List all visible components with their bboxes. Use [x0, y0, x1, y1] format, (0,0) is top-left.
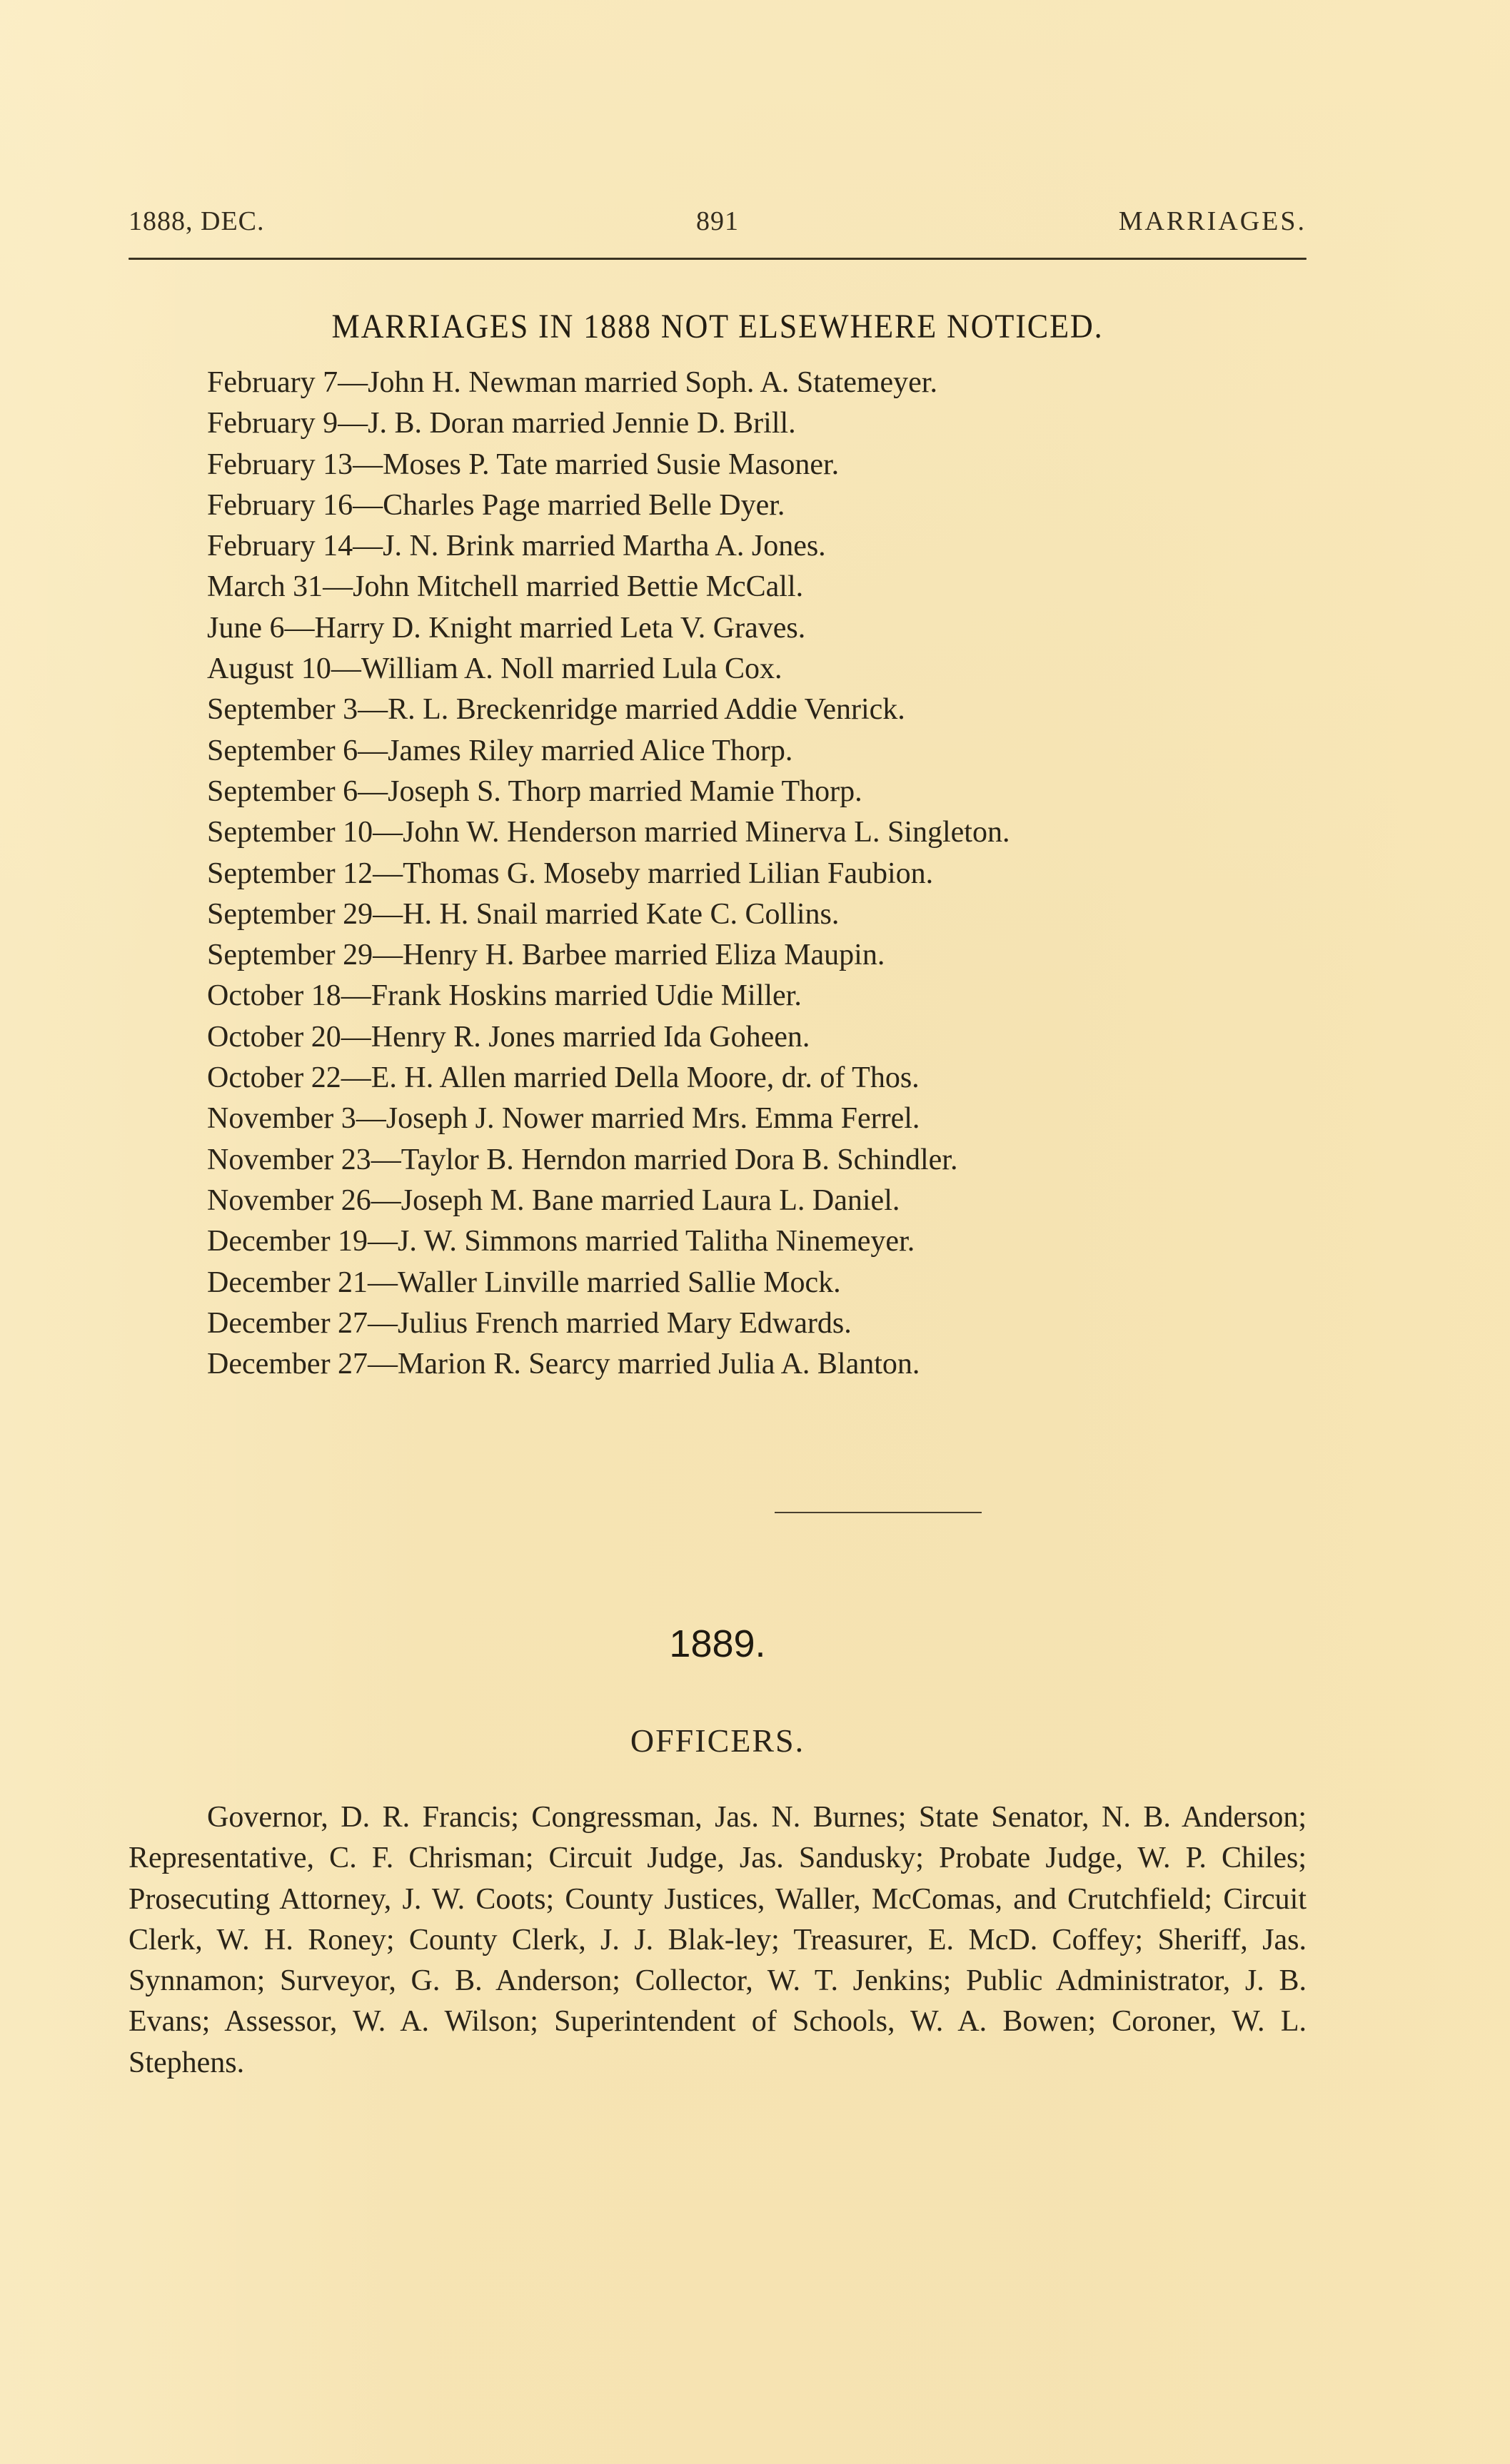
marriage-entry: November 23—Taylor B. Herndon married Do…: [129, 1140, 1307, 1181]
marriage-entry: December 21—Waller Linville married Sall…: [129, 1263, 1307, 1303]
marriage-entry: September 3—R. L. Breckenridge married A…: [129, 690, 1307, 730]
officers-paragraph: Governor, D. R. Francis; Congressman, Ja…: [129, 1797, 1307, 2084]
section-divider: [775, 1512, 982, 1513]
marriage-entry: February 7—John H. Newman married Soph. …: [129, 363, 1307, 403]
running-head-section: MARRIAGES.: [1119, 206, 1307, 237]
running-header: 1888, DEC. 891 MARRIAGES.: [129, 206, 1307, 241]
year-heading: 1889.: [129, 1622, 1307, 1666]
marriage-entry: September 12—Thomas G. Moseby married Li…: [129, 854, 1307, 894]
marriage-entry: October 22—E. H. Allen married Della Moo…: [129, 1058, 1307, 1099]
marriage-entry: February 13—Moses P. Tate married Susie …: [129, 445, 1307, 485]
marriage-entry: September 10—John W. Henderson married M…: [129, 812, 1307, 853]
marriage-entry: September 29—Henry H. Barbee married Eli…: [129, 935, 1307, 976]
marriage-entry: October 20—Henry R. Jones married Ida Go…: [129, 1017, 1307, 1058]
marriage-entry: December 27—Marion R. Searcy married Jul…: [129, 1344, 1307, 1385]
marriage-entry: February 9—J. B. Doran married Jennie D.…: [129, 403, 1307, 444]
marriage-entry: September 6—James Riley married Alice Th…: [129, 731, 1307, 772]
marriage-entry: December 27—Julius French married Mary E…: [129, 1303, 1307, 1344]
marriage-entry: September 29—H. H. Snail married Kate C.…: [129, 894, 1307, 935]
marriage-entry: June 6—Harry D. Knight married Leta V. G…: [129, 608, 1307, 649]
marriage-entry: October 18—Frank Hoskins married Udie Mi…: [129, 976, 1307, 1016]
marriage-entry: December 19—J. W. Simmons married Talith…: [129, 1221, 1307, 1262]
marriage-entry: November 26—Joseph M. Bane married Laura…: [129, 1181, 1307, 1221]
marriage-list: February 7—John H. Newman married Soph. …: [129, 363, 1307, 1385]
book-page: 1888, DEC. 891 MARRIAGES. MARRIAGES IN 1…: [129, 0, 1307, 2464]
marriages-title: MARRIAGES IN 1888 NOT ELSEWHERE NOTICED.: [176, 307, 1259, 346]
officers-title: OFFICERS.: [129, 1722, 1307, 1759]
marriage-entry: August 10—William A. Noll married Lula C…: [129, 649, 1307, 690]
header-rule: [129, 258, 1307, 260]
marriage-entry: September 6—Joseph S. Thorp married Mami…: [129, 772, 1307, 812]
marriage-entry: February 16—Charles Page married Belle D…: [129, 485, 1307, 526]
marriage-entry: March 31—John Mitchell married Bettie Mc…: [129, 567, 1307, 607]
marriage-entry: February 14—J. N. Brink married Martha A…: [129, 526, 1307, 567]
marriage-entry: November 3—Joseph J. Nower married Mrs. …: [129, 1099, 1307, 1139]
